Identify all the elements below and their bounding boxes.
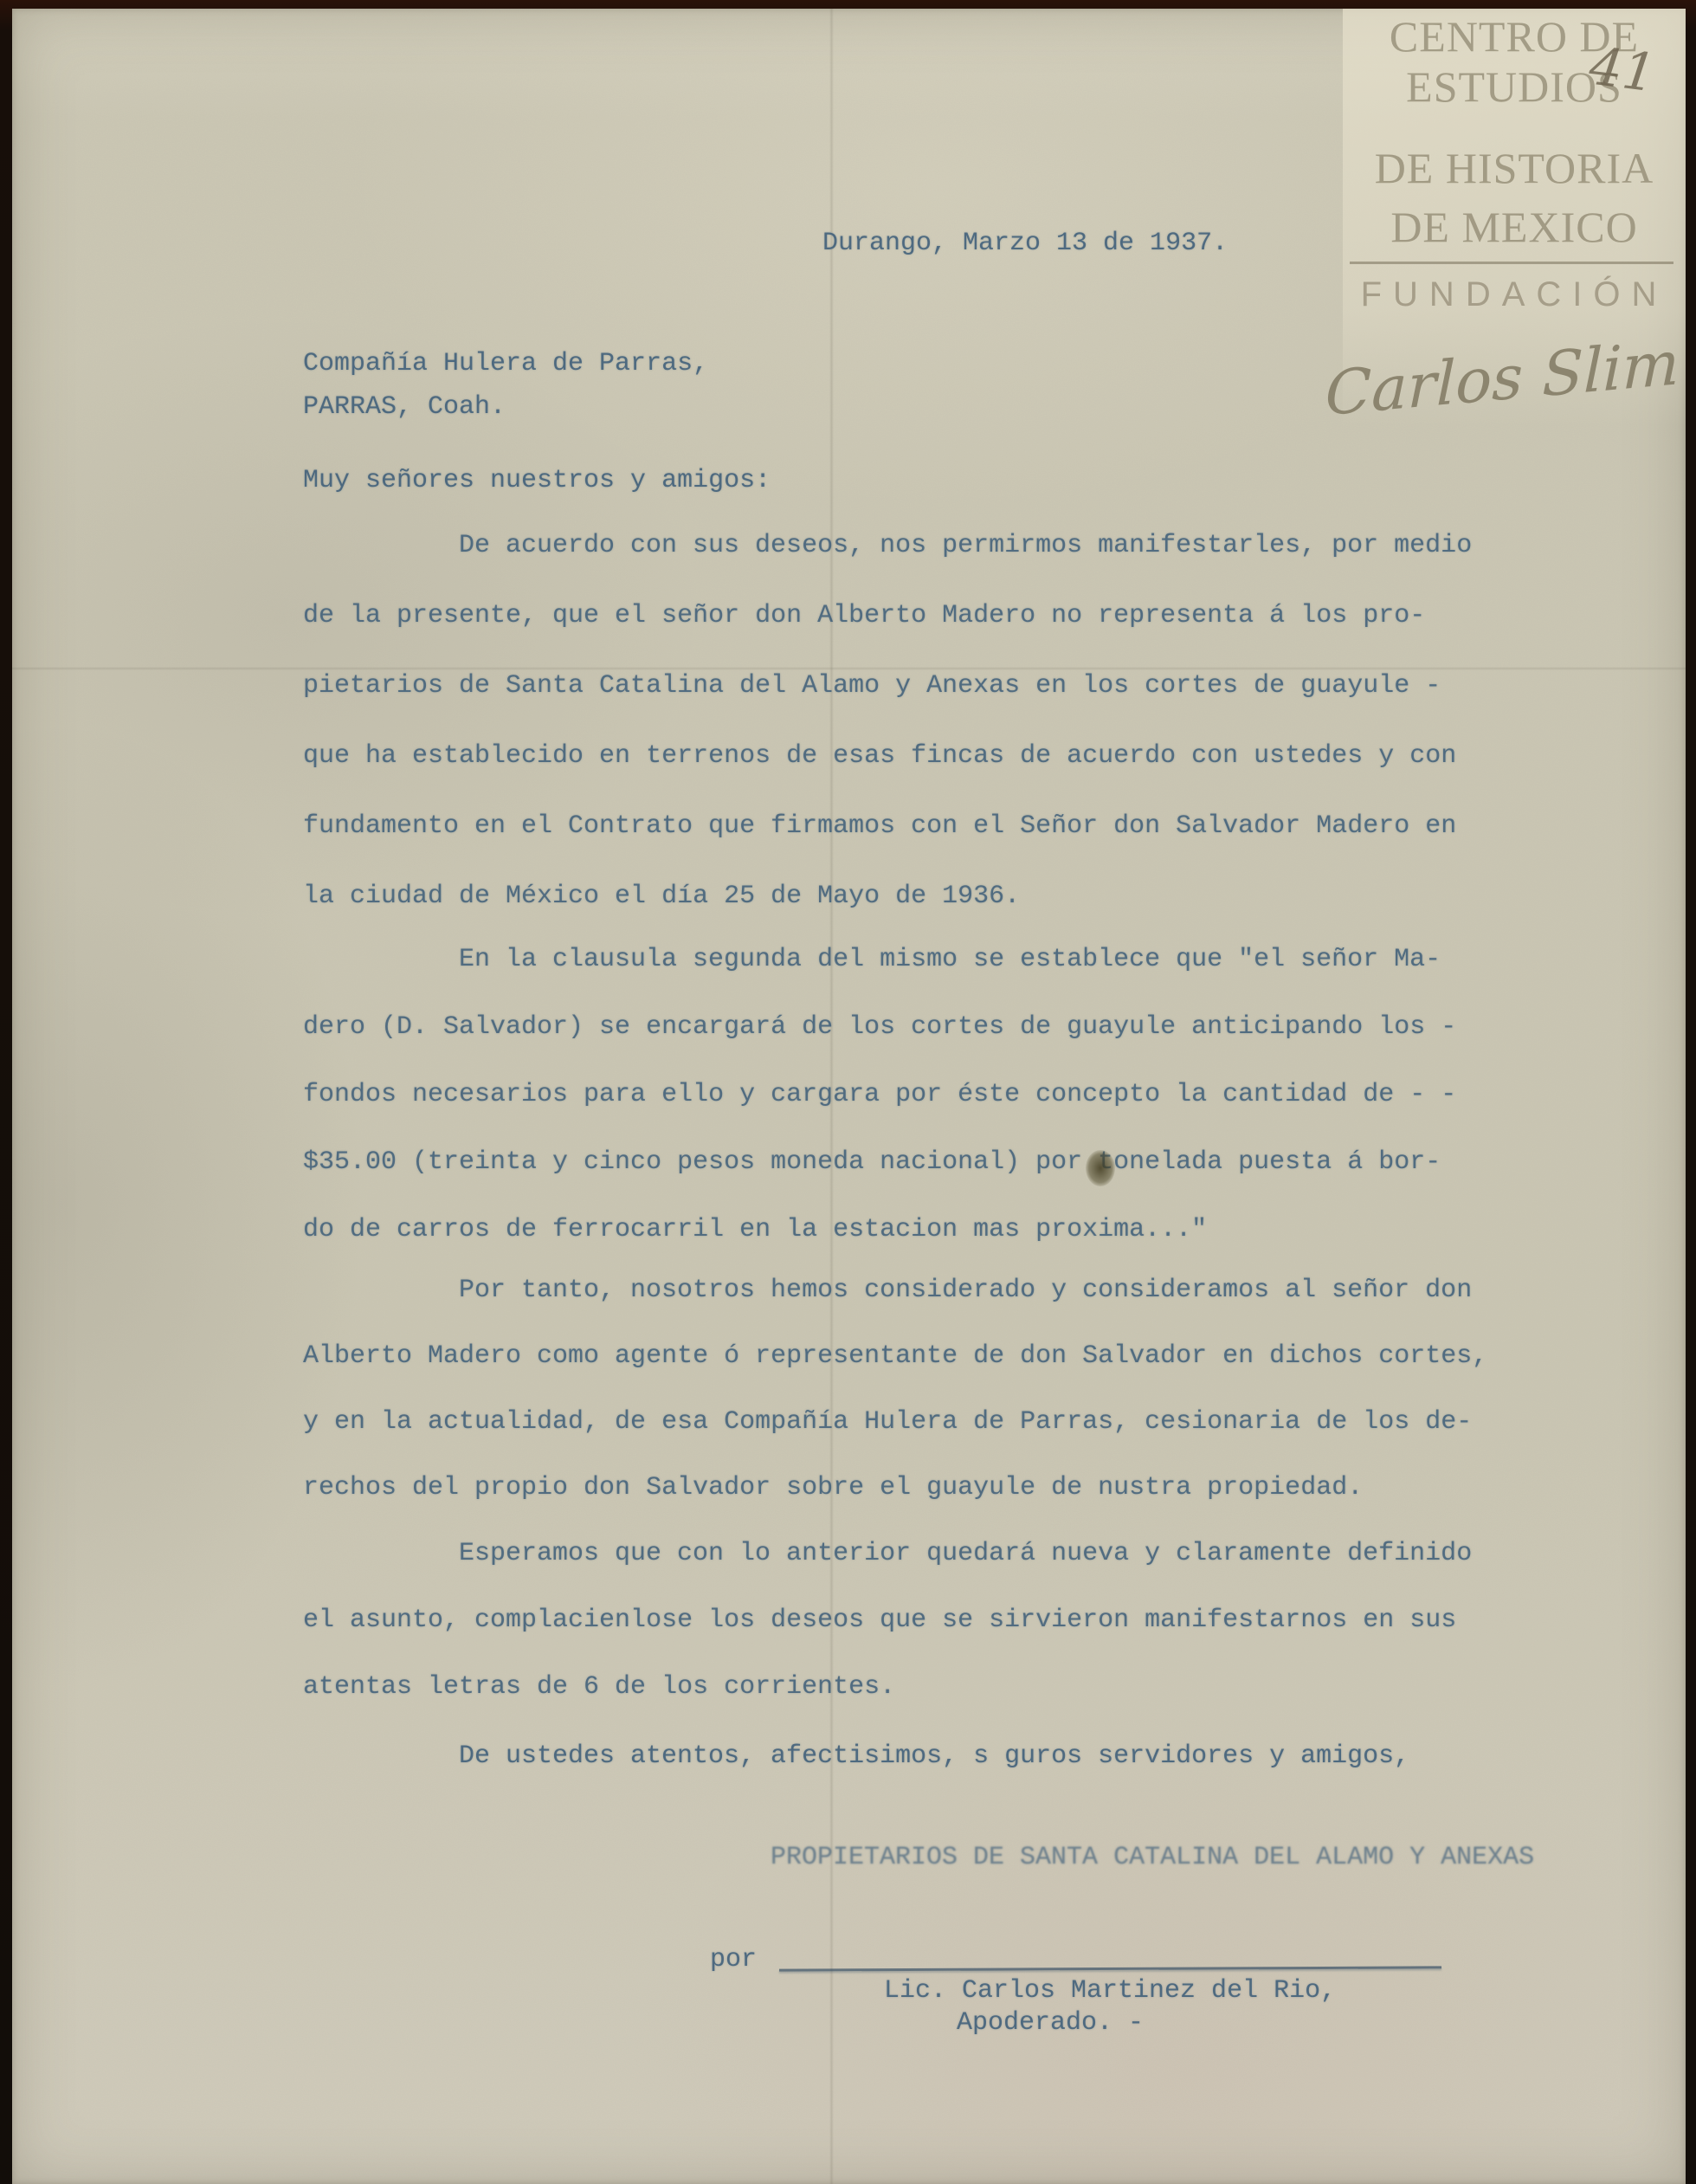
typed-line: Por tanto, nosotros hemos considerado y … — [303, 1257, 1619, 1323]
typed-line: y en la actualidad, de esa Compañía Hule… — [303, 1389, 1619, 1455]
signature-line — [779, 1966, 1441, 1971]
typed-line: la ciudad de México el día 25 de Mayo de… — [303, 862, 1619, 932]
typed-line: que ha establecido en terrenos de esas f… — [303, 721, 1619, 792]
typed-line: fundamento en el Contrato que firmamos c… — [303, 792, 1619, 862]
typed-line: atentas letras de 6 de los corrientes. — [303, 1654, 1619, 1721]
signatory-title: Apoderado. - — [957, 2007, 1144, 2039]
typed-line: dero (D. Salvador) se encargará de los c… — [303, 993, 1619, 1061]
foundation-label: FUNDACIÓN — [1343, 275, 1686, 314]
typed-line: Esperamos que con lo anterior quedará nu… — [303, 1521, 1619, 1587]
recipient-line: PARRAS, Coah. — [303, 391, 506, 423]
typed-line: En la clausula segunda del mismo se esta… — [303, 926, 1619, 993]
typed-line: do de carros de ferrocarril en la estaci… — [303, 1196, 1619, 1263]
paragraph: Por tanto, nosotros hemos considerado y … — [303, 1257, 1619, 1521]
ink-stain — [1086, 1150, 1115, 1186]
stamp-line: DE MEXICO — [1343, 204, 1686, 249]
dateline: Durango, Marzo 13 de 1937. — [822, 228, 1228, 259]
typed-line: $35.00 (treinta y cinco pesos moneda nac… — [303, 1128, 1619, 1196]
por-label: por — [710, 1944, 757, 1975]
typed-line: fondos necesarios para ello y cargara po… — [303, 1061, 1619, 1128]
carlos-slim-signature: Carlos Slim — [1325, 327, 1680, 430]
closing-line: De ustedes atentos, afectisimos, s guros… — [459, 1741, 1409, 1772]
typed-line: pietarios de Santa Catalina del Alamo y … — [303, 651, 1619, 721]
archive-page-number: 41 — [1586, 36, 1659, 105]
paragraph: De acuerdo con sus deseos, nos permirmos… — [303, 511, 1619, 932]
paragraph: Esperamos que con lo anterior quedará nu… — [303, 1521, 1619, 1721]
recipient-line: Compañía Hulera de Parras, — [303, 348, 708, 379]
scan-background: CENTRO DE ESTUDIOS DE HISTORIA DE MEXICO… — [0, 0, 1696, 2184]
typed-line: de la presente, que el señor don Alberto… — [303, 581, 1619, 651]
signer-line: PROPIETARIOS DE SANTA CATALINA DEL ALAMO… — [771, 1842, 1534, 1873]
stamp-line: DE HISTORIA — [1343, 145, 1686, 191]
typed-line: rechos del propio don Salvador sobre el … — [303, 1455, 1619, 1521]
signatory-name: Lic. Carlos Martinez del Rio, — [884, 1975, 1336, 2006]
letter-page: CENTRO DE ESTUDIOS DE HISTORIA DE MEXICO… — [12, 9, 1686, 2184]
salutation: Muy señores nuestros y amigos: — [303, 465, 771, 496]
paragraph: En la clausula segunda del mismo se esta… — [303, 926, 1619, 1263]
typed-line: De acuerdo con sus deseos, nos permirmos… — [303, 511, 1619, 581]
stamp-divider — [1350, 262, 1673, 264]
typed-line: el asunto, complacienlose los deseos que… — [303, 1587, 1619, 1654]
typed-line: Alberto Madero como agente ó representan… — [303, 1323, 1619, 1389]
